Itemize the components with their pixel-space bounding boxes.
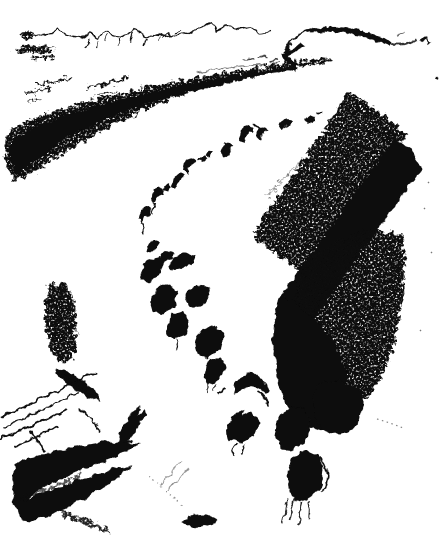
ink-drawing: Black-and-white ink sketch: a single-fil… [0,0,443,545]
artwork-canvas: Black-and-white ink sketch: a single-fil… [0,0,443,545]
stray-dot [436,76,439,79]
wall-bottom-patch [313,381,363,433]
